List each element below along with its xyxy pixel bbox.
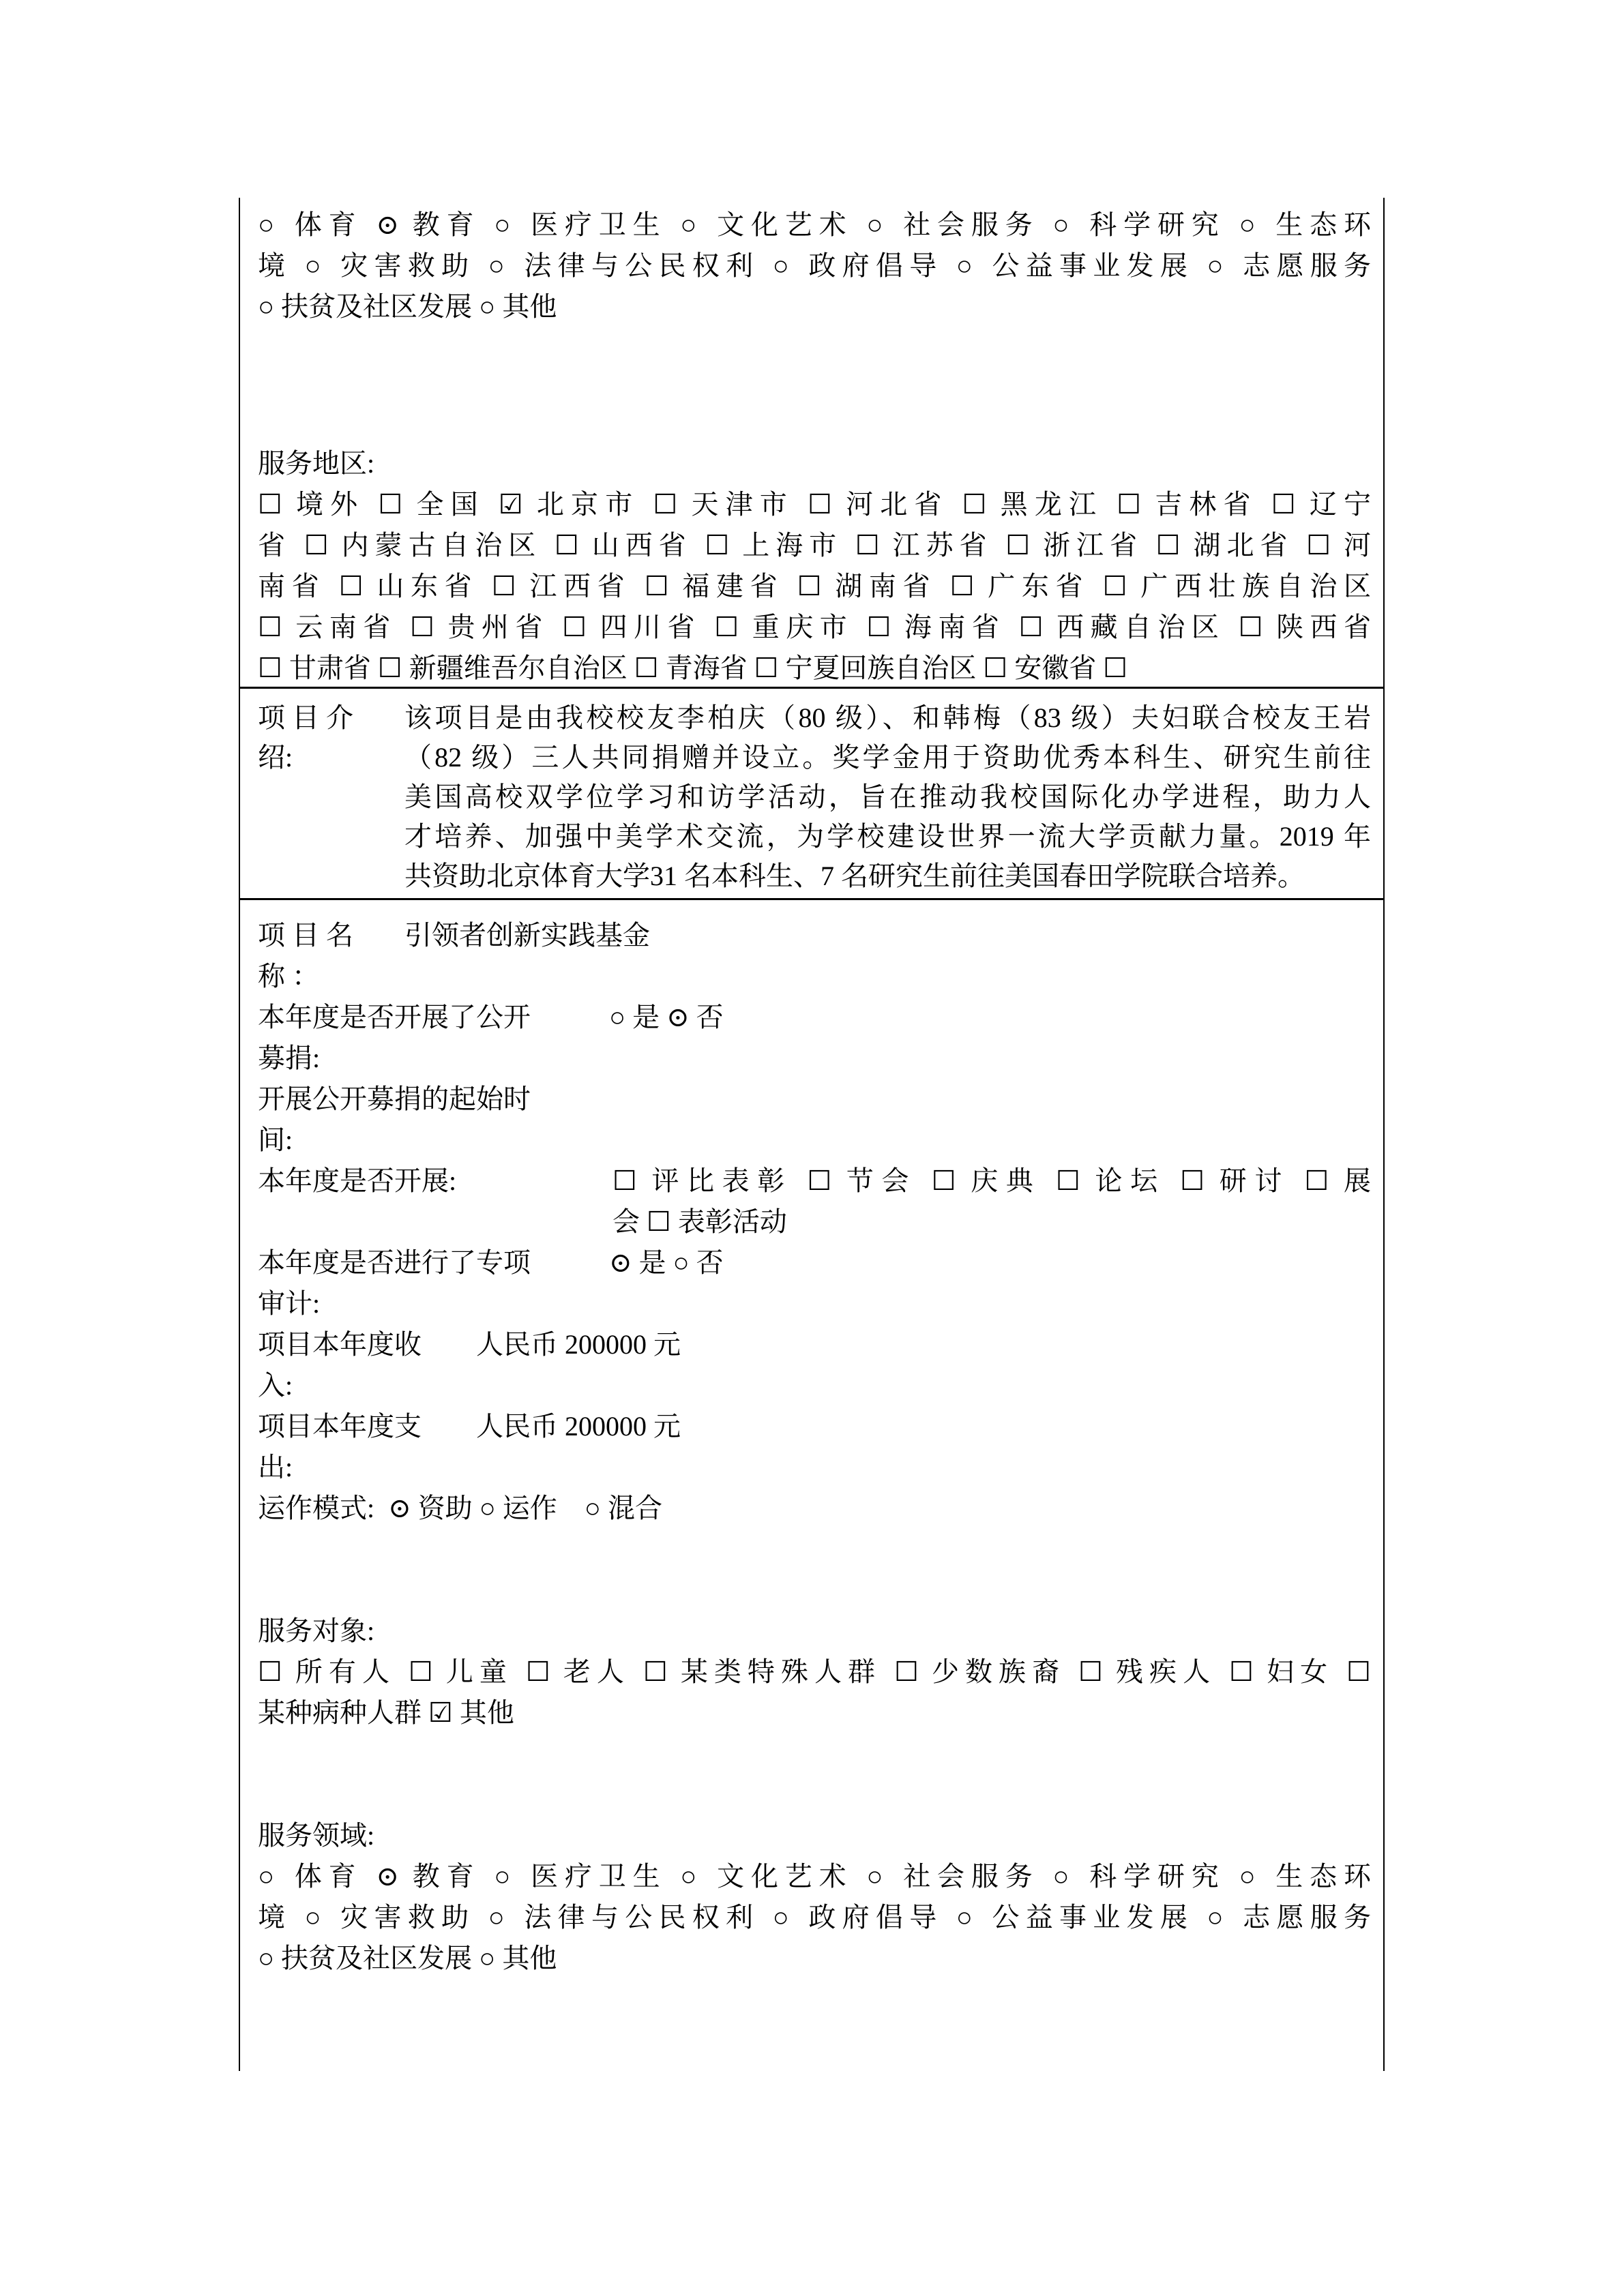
annual-report-table: ○ 体育 ⊙ 教育 ○ 医疗卫生 ○ 文化艺术 ○ 社会服务 ○ 科学研究 ○ … bbox=[239, 198, 1385, 2071]
service-field-options-line[interactable]: ○ 体育 ⊙ 教育 ○ 医疗卫生 ○ 文化艺术 ○ 社会服务 ○ 科学研究 ○ … bbox=[258, 1856, 1371, 1897]
audit-row: 本年度是否进行了专项⊙ 是 ○ 否 bbox=[258, 1242, 1371, 1283]
service-region-options-line[interactable]: ☐ 云南省 ☐ 贵州省 ☐ 四川省 ☐ 重庆市 ☐ 海南省 ☐ 西藏自治区 ☐ … bbox=[258, 607, 1371, 648]
service-field-options-line[interactable]: 境 ○ 灾害救助 ○ 法律与公民权利 ○ 政府倡导 ○ 公益事业发展 ○ 志愿服… bbox=[258, 245, 1371, 286]
operation-mode-row: 运作模式:⊙ 资助 ○ 运作 ○ 混合 bbox=[258, 1488, 1371, 1529]
activities-row: 本年度是否开展:☐ 评比表彰 ☐ 节会 ☐ 庆典 ☐ 论坛 ☐ 研讨 ☐ 展 bbox=[258, 1161, 1371, 1202]
service-target-label: 服务对象: bbox=[258, 1611, 1371, 1652]
project-intro-text-line: 才培养、加强中美学术交流，为学校建设世界一流大学贡献力量。2019 年 bbox=[404, 817, 1371, 856]
service-target-options-line[interactable]: ☐ 所有人 ☐ 儿童 ☐ 老人 ☐ 某类特殊人群 ☐ 少数族裔 ☐ 残疾人 ☐ … bbox=[258, 1652, 1371, 1693]
public-fundraising-label-line2: 募捐: bbox=[258, 1038, 1371, 1079]
project-name-row: 项 目 名引领者创新实践基金 bbox=[258, 915, 1371, 956]
public-fundraising-radios[interactable]: ○ 是 ⊙ 否 bbox=[609, 1002, 724, 1032]
income-label: 项目本年度收 bbox=[258, 1329, 422, 1360]
project-name-label-line2: 称 ： bbox=[258, 956, 1371, 997]
service-field-options-line[interactable]: ○ 扶贫及社区发展 ○ 其他 bbox=[258, 286, 1371, 327]
expense-label-line2: 出: bbox=[258, 1447, 1371, 1488]
audit-label-line2: 审计: bbox=[258, 1283, 1371, 1324]
income-label-line2: 入: bbox=[258, 1365, 1371, 1406]
project-intro-label: 项 目 介 绍: bbox=[258, 698, 404, 898]
expense-value: 人民币 200000 元 bbox=[476, 1411, 681, 1442]
blank-line bbox=[258, 1733, 1371, 1774]
service-region-options-line[interactable]: 省 ☐ 内蒙古自治区 ☐ 山西省 ☐ 上海市 ☐ 江苏省 ☐ 浙江省 ☐ 湖北省… bbox=[258, 525, 1371, 566]
project-intro-text: 该项目是由我校校友李柏庆（80 级）、和韩梅（83 级）夫妇联合校友王岩 （82… bbox=[404, 698, 1371, 898]
section-project-intro: 项 目 介 绍: 该项目是由我校校友李柏庆（80 级）、和韩梅（83 级）夫妇联… bbox=[240, 689, 1383, 900]
project-intro-label-line: 绍: bbox=[258, 738, 404, 777]
income-value: 人民币 200000 元 bbox=[476, 1329, 681, 1360]
service-target-options-line[interactable]: 某种病种人群 ☑ 其他 bbox=[258, 1693, 1371, 1733]
section-project-detail: 项 目 名引领者创新实践基金 称 ： 本年度是否开展了公开○ 是 ⊙ 否 募捐:… bbox=[240, 900, 1383, 2071]
blank-line bbox=[258, 1570, 1371, 1611]
service-region-options-line[interactable]: 南省 ☐ 山东省 ☐ 江西省 ☐ 福建省 ☐ 湖南省 ☐ 广东省 ☐ 广西壮族自… bbox=[258, 566, 1371, 607]
activities-label: 本年度是否开展: bbox=[258, 1161, 612, 1202]
service-field-options-line[interactable]: 境 ○ 灾害救助 ○ 法律与公民权利 ○ 政府倡导 ○ 公益事业发展 ○ 志愿服… bbox=[258, 1897, 1371, 1938]
blank-space bbox=[258, 327, 1371, 443]
income-row: 项目本年度收人民币 200000 元 bbox=[258, 1324, 1371, 1365]
project-name-label: 项 目 名 bbox=[258, 915, 404, 956]
public-fundraising-row: 本年度是否开展了公开○ 是 ⊙ 否 bbox=[258, 997, 1371, 1038]
service-region-label: 服务地区: bbox=[258, 443, 1371, 484]
fundraising-start-time-label-line2: 间: bbox=[258, 1120, 1371, 1161]
project-intro-text-line: 该项目是由我校校友李柏庆（80 级）、和韩梅（83 级）夫妇联合校友王岩 bbox=[404, 698, 1371, 738]
service-field-label: 服务领域: bbox=[258, 1815, 1371, 1856]
service-field-options-line[interactable]: ○ 扶贫及社区发展 ○ 其他 bbox=[258, 1938, 1371, 1979]
activities-checkboxes-line[interactable]: ☐ 评比表彰 ☐ 节会 ☐ 庆典 ☐ 论坛 ☐ 研讨 ☐ 展 bbox=[612, 1161, 1371, 1202]
blank-line bbox=[258, 1529, 1371, 1570]
fundraising-start-time-label-line1: 开展公开募捐的起始时 bbox=[258, 1079, 1371, 1120]
project-intro-text-line: 美国高校双学位学习和访学活动，旨在推动我校国际化办学进程，助力人 bbox=[404, 777, 1371, 817]
public-fundraising-label: 本年度是否开展了公开 bbox=[258, 1002, 531, 1032]
project-intro-text-line: （82 级）三人共同捐赠并设立。奖学金用于资助优秀本科生、研究生前往 bbox=[404, 738, 1371, 777]
operation-mode-radios[interactable]: ⊙ 资助 ○ 运作 ○ 混合 bbox=[388, 1493, 662, 1523]
project-intro-text-line: 共资助北京体育大学31 名本科生、7 名研究生前往美国春田学院联合培养。 bbox=[404, 856, 1371, 896]
project-intro-label-line: 项 目 介 bbox=[258, 698, 404, 738]
expense-row: 项目本年度支人民币 200000 元 bbox=[258, 1406, 1371, 1447]
operation-mode-label: 运作模式: bbox=[258, 1493, 374, 1523]
service-region-options-line[interactable]: ☐ 甘肃省 ☐ 新疆维吾尔自治区 ☐ 青海省 ☐ 宁夏回族自治区 ☐ 安徽省 ☐ bbox=[258, 648, 1371, 689]
service-region-options-line[interactable]: ☐ 境外 ☐ 全国 ☑ 北京市 ☐ 天津市 ☐ 河北省 ☐ 黑龙江 ☐ 吉林省 … bbox=[258, 484, 1371, 525]
blank-line bbox=[258, 1774, 1371, 1815]
section-service-scope: ○ 体育 ⊙ 教育 ○ 医疗卫生 ○ 文化艺术 ○ 社会服务 ○ 科学研究 ○ … bbox=[240, 198, 1383, 689]
audit-label: 本年度是否进行了专项 bbox=[258, 1247, 531, 1278]
service-field-options-line[interactable]: ○ 体育 ⊙ 教育 ○ 医疗卫生 ○ 文化艺术 ○ 社会服务 ○ 科学研究 ○ … bbox=[258, 205, 1371, 245]
project-name-value: 引领者创新实践基金 bbox=[404, 920, 650, 951]
activities-checkboxes-line[interactable]: 会 ☐ 表彰活动 bbox=[258, 1202, 1371, 1242]
expense-label: 项目本年度支 bbox=[258, 1411, 422, 1442]
audit-radios[interactable]: ⊙ 是 ○ 否 bbox=[609, 1247, 724, 1278]
